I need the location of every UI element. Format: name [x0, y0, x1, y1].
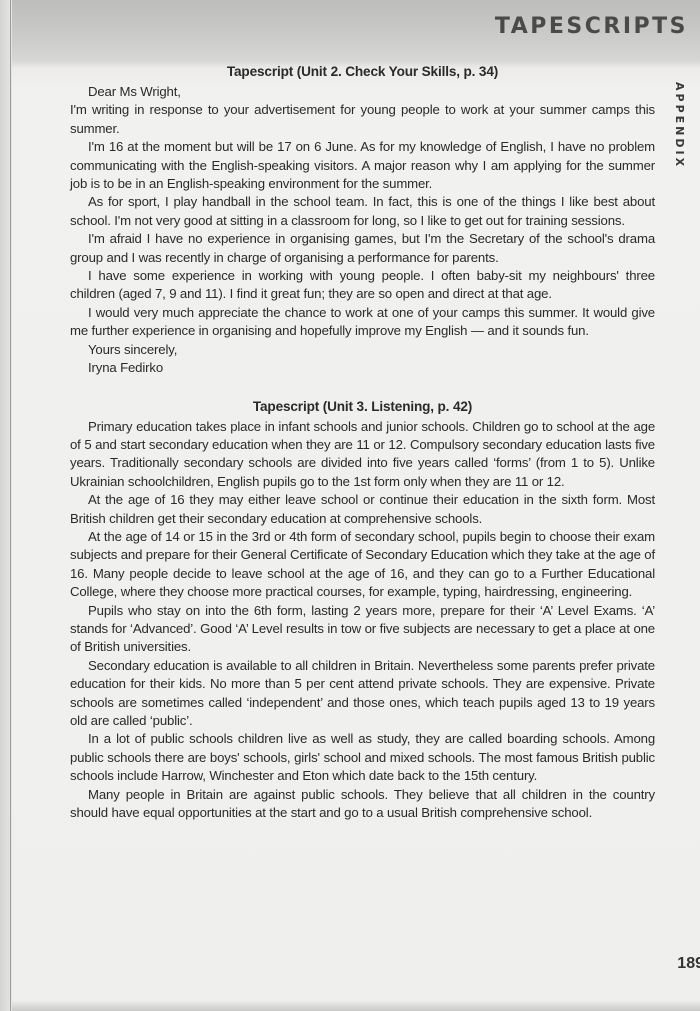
tapescript-unit-2: Tapescript (Unit 2. Check Your Skills, p… — [70, 61, 655, 378]
paragraph: At the age of 16 they may either leave s… — [70, 491, 655, 528]
tapescript-unit-3: Tapescript (Unit 3. Listening, p. 42) Pr… — [70, 396, 655, 823]
paragraph: Primary education takes place in infant … — [70, 418, 655, 492]
book-page: TAPESCRIPTS APPENDIX Tapescript (Unit 2.… — [0, 0, 700, 1011]
paragraph: As for sport, I play handball in the sch… — [70, 193, 655, 230]
paragraph: In a lot of public schools children live… — [70, 730, 655, 785]
page-number: 189 — [677, 955, 700, 973]
paragraph: Secondary education is available to all … — [70, 657, 655, 731]
paragraph: I would very much appreciate the chance … — [70, 304, 655, 341]
section-title: Tapescript (Unit 2. Check Your Skills, p… — [70, 61, 655, 83]
letter-signature: Iryna Fedirko — [70, 359, 655, 377]
paragraph: I'm afraid I have no experience in organ… — [70, 230, 655, 267]
paragraph: I have some experience in working with y… — [70, 267, 655, 304]
side-tab-appendix: APPENDIX — [672, 82, 686, 169]
letter-closing: Yours sincerely, — [70, 341, 655, 359]
paragraph: I'm writing in response to your advertis… — [70, 101, 655, 138]
page-content: Tapescript (Unit 2. Check Your Skills, p… — [70, 61, 655, 822]
running-header-title: TAPESCRIPTS — [495, 14, 688, 39]
paragraph: Pupils who stay on into the 6th form, la… — [70, 602, 655, 657]
paragraph: At the age of 14 or 15 in the 3rd or 4th… — [70, 528, 655, 602]
paragraph: I'm 16 at the moment but will be 17 on 6… — [70, 138, 655, 193]
page-gutter-line — [10, 0, 11, 1011]
letter-salutation: Dear Ms Wright, — [70, 83, 655, 101]
paragraph: Many people in Britain are against publi… — [70, 786, 655, 823]
section-title: Tapescript (Unit 3. Listening, p. 42) — [70, 396, 655, 418]
